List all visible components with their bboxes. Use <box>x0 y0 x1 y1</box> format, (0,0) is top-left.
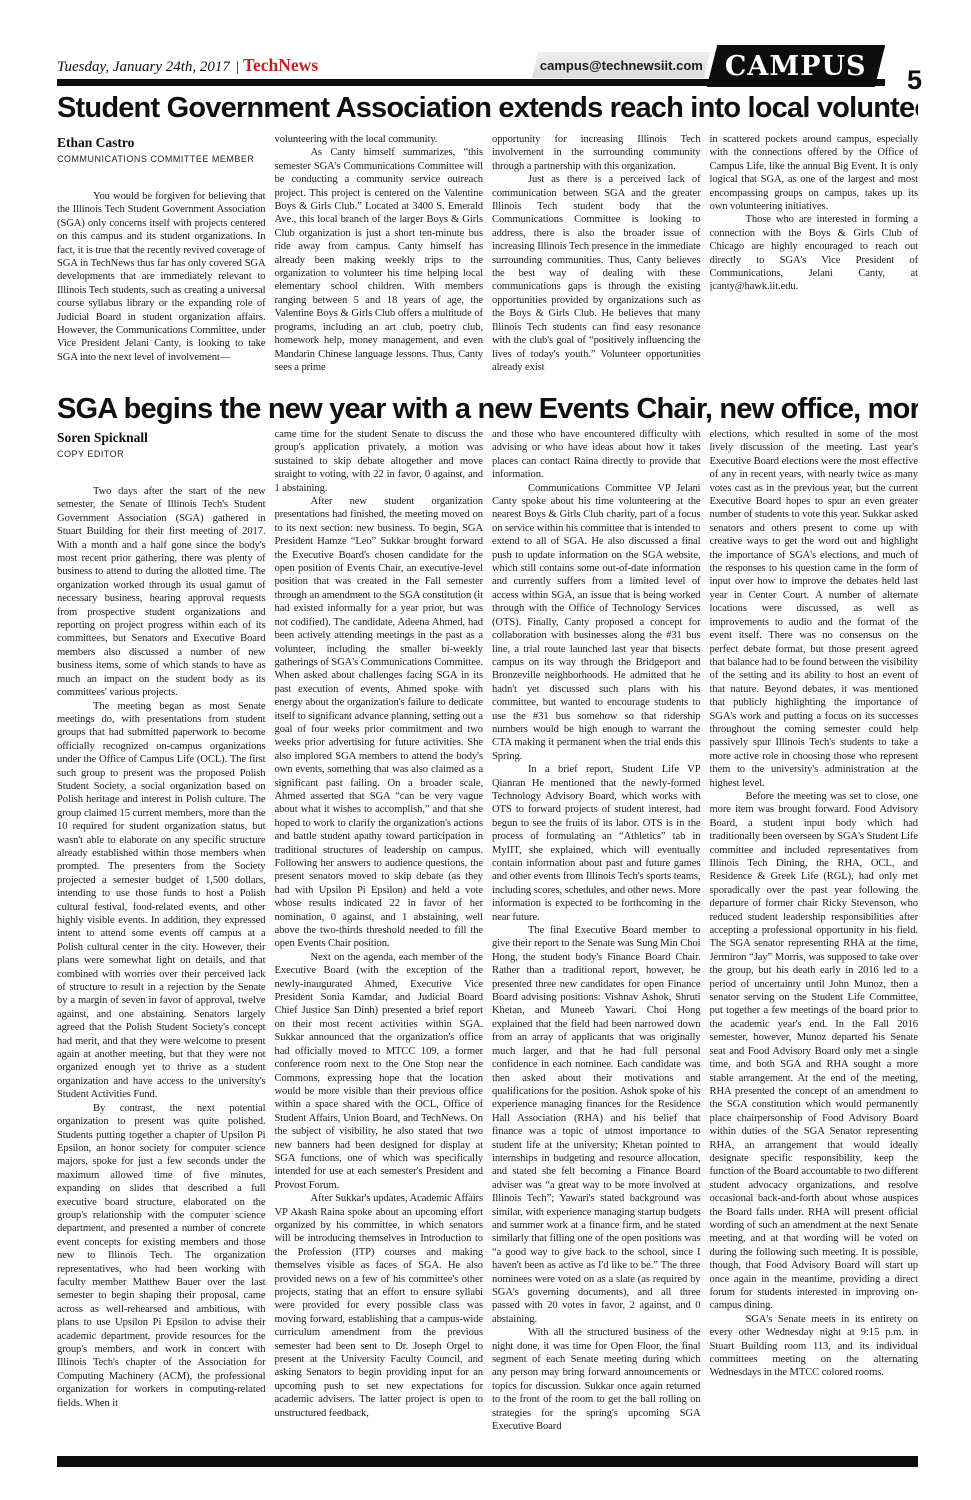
paragraph: Next on the agenda, each member of the E… <box>275 951 484 1192</box>
page-number: 5 <box>907 65 922 96</box>
author-role: COMMUNICATIONS COMMITTEE MEMBER <box>57 153 266 166</box>
paragraph: The final Executive Board member to give… <box>492 924 701 1326</box>
column-text: volunteering with the local community.As… <box>275 133 484 374</box>
article-1-byline: Ethan Castro COMMUNICATIONS COMMITTEE ME… <box>57 135 266 166</box>
paragraph: came time for the student Senate to disc… <box>275 428 484 495</box>
article-2-column-1: Soren Spicknall COPY EDITOR Two days aft… <box>57 428 266 1451</box>
newspaper-page: Tuesday, January 24th, 2017|TechNews cam… <box>0 0 971 1500</box>
column-text: came time for the student Senate to disc… <box>275 428 484 1420</box>
article-2: Soren Spicknall COPY EDITOR Two days aft… <box>57 428 918 1451</box>
paragraph: After new student organization presentat… <box>275 495 484 951</box>
masthead: Tuesday, January 24th, 2017|TechNews cam… <box>57 0 918 86</box>
contact-email: campus@technewsiit.com <box>540 58 703 73</box>
paragraph: By contrast, the next potential organiza… <box>57 1102 266 1410</box>
section-title: CAMPUS <box>725 51 867 82</box>
author-name: Ethan Castro <box>57 135 266 151</box>
article-2-byline: Soren Spicknall COPY EDITOR <box>57 430 266 461</box>
paragraph: As Canty himself summarizes, “this semes… <box>275 146 484 374</box>
article-1-headline: Student Government Association extends r… <box>57 91 918 125</box>
author-role: COPY EDITOR <box>57 448 266 461</box>
paragraph: The meeting began as most Senate meeting… <box>57 700 266 1102</box>
paragraph: elections, which resulted in some of the… <box>710 428 919 790</box>
paragraph: and those who have encountered difficult… <box>492 428 701 482</box>
paragraph: In a brief report, Student Life VP Qianr… <box>492 763 701 924</box>
contact-email-strip: campus@technewsiit.com <box>532 52 710 78</box>
article-2-headline: SGA begins the new year with a new Event… <box>57 392 918 426</box>
bottom-rule <box>57 1456 918 1467</box>
paragraph: After Sukkar's updates, Academic Affairs… <box>275 1192 484 1420</box>
article-1-column-2: volunteering with the local community.As… <box>275 133 484 390</box>
column-text: You would be forgiven for believing that… <box>57 190 266 364</box>
paragraph: Those who are interested in forming a co… <box>710 213 919 293</box>
date-text: Tuesday, January 24th, 2017 <box>57 59 230 75</box>
article-2-column-4: elections, which resulted in some of the… <box>710 428 919 1451</box>
paragraph: Just as there is a perceived lack of com… <box>492 173 701 374</box>
article-1-column-3: opportunity for increasing Illinois Tech… <box>492 133 701 390</box>
paragraph: volunteering with the local community. <box>275 133 484 146</box>
author-name: Soren Spicknall <box>57 430 266 446</box>
column-text: in scattered pockets around campus, espe… <box>710 133 919 294</box>
section-banner: CAMPUS <box>707 45 885 87</box>
paragraph: opportunity for increasing Illinois Tech… <box>492 133 701 173</box>
article-2-column-2: came time for the student Senate to disc… <box>275 428 484 1451</box>
column-text: elections, which resulted in some of the… <box>710 428 919 1380</box>
paragraph: SGA's Senate meets in its entirety on ev… <box>710 1313 919 1380</box>
brand-logo: TechNews <box>243 55 318 75</box>
paragraph: Two days after the start of the new seme… <box>57 485 266 700</box>
paragraph: Before the meeting was set to close, one… <box>710 790 919 1313</box>
paragraph: Communications Committee VP Jelani Canty… <box>492 482 701 764</box>
dateline-separator: | <box>236 59 239 75</box>
article-1-column-1: Ethan Castro COMMUNICATIONS COMMITTEE ME… <box>57 133 266 390</box>
article-1-column-4: in scattered pockets around campus, espe… <box>710 133 919 390</box>
column-text: opportunity for increasing Illinois Tech… <box>492 133 701 374</box>
article-1: Ethan Castro COMMUNICATIONS COMMITTEE ME… <box>57 133 918 390</box>
article-2-column-3: and those who have encountered difficult… <box>492 428 701 1451</box>
column-text: and those who have encountered difficult… <box>492 428 701 1433</box>
paragraph: in scattered pockets around campus, espe… <box>710 133 919 213</box>
paragraph: You would be forgiven for believing that… <box>57 190 266 364</box>
paragraph: With all the structured business of the … <box>492 1326 701 1433</box>
dateline: Tuesday, January 24th, 2017|TechNews <box>57 55 318 76</box>
column-text: Two days after the start of the new seme… <box>57 485 266 1410</box>
